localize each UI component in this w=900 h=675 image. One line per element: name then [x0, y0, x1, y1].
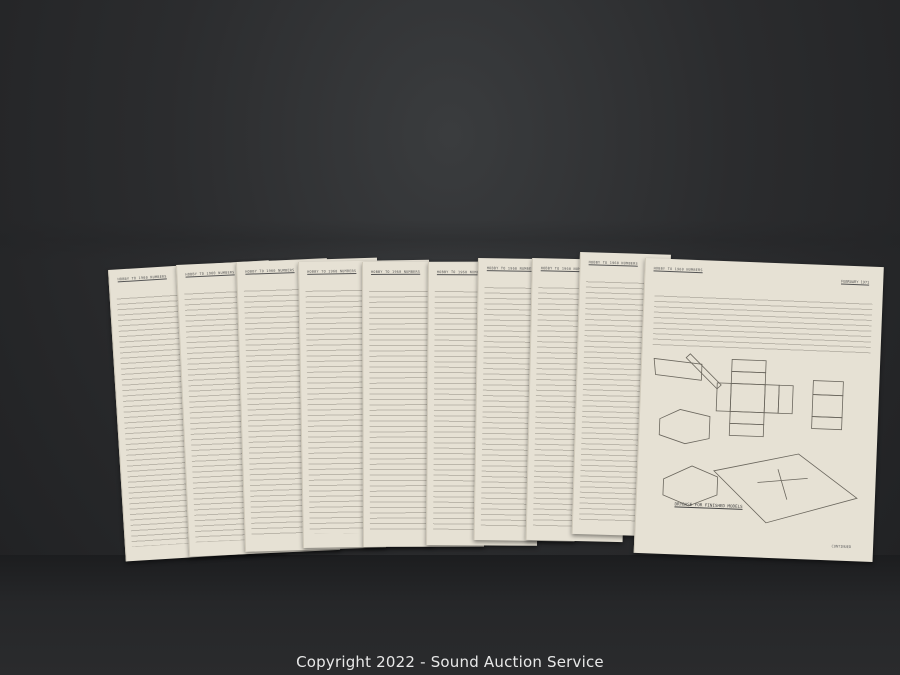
page-header: HOBBY TO 1960 NUMBERS [589, 260, 638, 265]
backdrop-fold [0, 220, 900, 260]
front-page-footer: CONTINUED [832, 544, 852, 549]
page-header: HOBBY TO 1960 NUMBERS [185, 270, 234, 276]
copyright-watermark: Copyright 2022 - Sound Auction Service [0, 653, 900, 671]
drybase-diagram [635, 258, 884, 562]
page-header: HOBBY TO 1960 NUMBERS [371, 270, 420, 274]
page-header: HOBBY TO 1960 NUMBERS [245, 268, 294, 274]
page-header: HOBBY TO 1960 NUMBERS [487, 266, 536, 271]
page-header: HOBBY TO 1960 NUMBERS [117, 274, 166, 281]
front-page: HOBBY TO 1960 NUMBERS FEBRUARY 1971 DRYB… [634, 258, 884, 562]
page-header: HOBBY TO 1960 NUMBERS [307, 269, 356, 274]
